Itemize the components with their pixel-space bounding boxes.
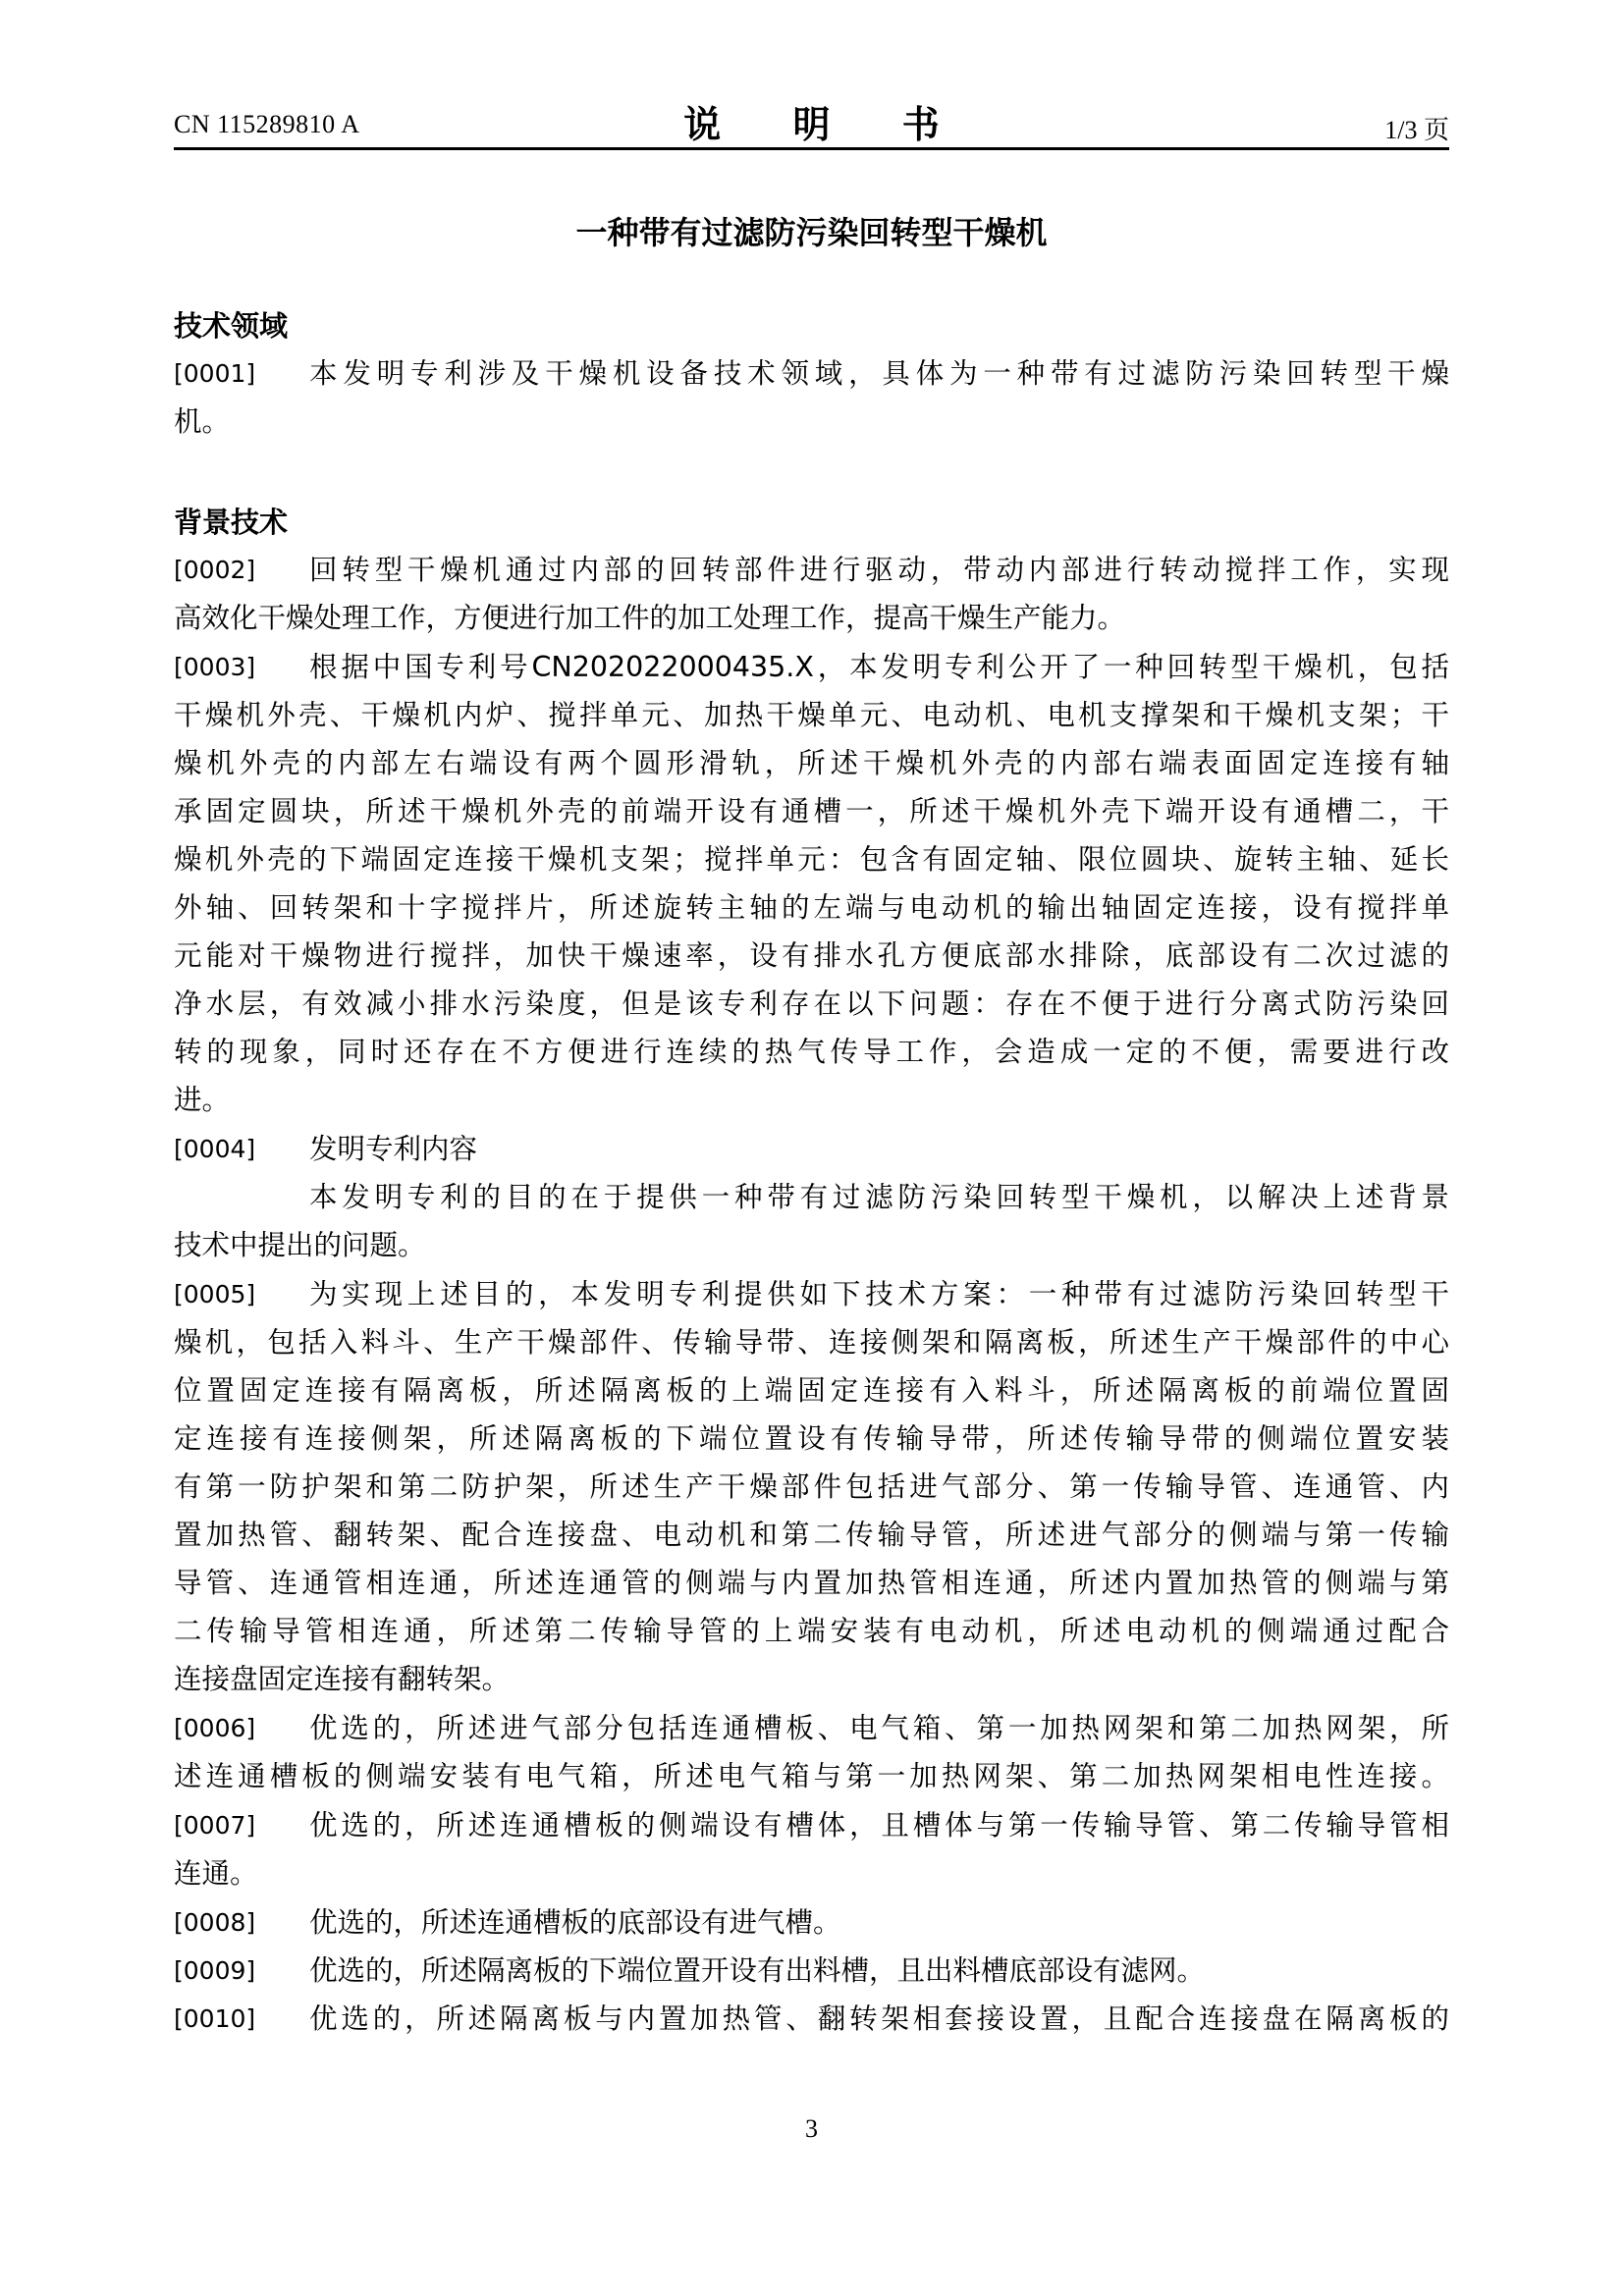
paragraph-line: 元能对干燥物进行搅拌，加快干燥速率，设有排水孔方便底部水排除，底部设有二次过滤的	[174, 936, 1449, 976]
paragraph-number: [0001]	[174, 354, 255, 394]
paragraph-line: 置加热管、翻转架、配合连接盘、电动机和第二传输导管，所述进气部分的侧端与第一传输	[174, 1516, 1449, 1555]
paragraph-line: 连接盘固定连接有翻转架。	[174, 1660, 1449, 1699]
paragraph-text: 根据中国专利号CN202022000435.X，本发明专利公开了一种回转型干燥机…	[309, 648, 1449, 687]
paragraph-text: 净水层，有效减小排水污染度，但是该专利存在以下问题：存在不便于进行分离式防污染回	[174, 985, 1449, 1024]
paragraph-line: [0007] 优选的，所述连通槽板的侧端设有槽体，且槽体与第一传输导管、第二传输…	[174, 1806, 1449, 1845]
paragraph-text: 优选的，所述进气部分包括连通槽板、电气箱、第一加热网架和第二加热网架，所	[309, 1709, 1449, 1748]
paragraph-line: 位置固定连接有隔离板，所述隔离板的上端固定连接有入料斗，所述隔离板的前端位置固	[174, 1371, 1449, 1411]
paragraph-text: 技术中提出的问题。	[174, 1226, 1449, 1265]
paragraph-number: [0005]	[174, 1275, 255, 1314]
paragraph-line: [0010] 优选的，所述隔离板与内置加热管、翻转架相套接设置，且配合连接盘在隔…	[174, 2000, 1449, 2039]
paragraph-line: 燥机外壳的内部左右端设有两个圆形滑轨，所述干燥机外壳的内部右端表面固定连接有轴	[174, 744, 1449, 783]
paragraph-line: [0002] 回转型干燥机通过内部的回转部件进行驱动，带动内部进行转动搅拌工作，…	[174, 551, 1449, 590]
paragraph-heading-text: 发明专利内容	[309, 1130, 1449, 1169]
paragraph-text: 本发明专利涉及干燥机设备技术领域，具体为一种带有过滤防污染回转型干燥	[309, 354, 1449, 394]
paragraph-line: 干燥机外壳、干燥机内炉、搅拌单元、加热干燥单元、电动机、电机支撑架和干燥机支架；…	[174, 696, 1449, 735]
paragraph-text: 二传输导管相连通，所述第二传输导管的上端安装有电动机，所述电动机的侧端通过配合	[174, 1612, 1449, 1651]
paragraph-text: 燥机外壳的下端固定连接干燥机支架；搅拌单元：包含有固定轴、限位圆块、旋转主轴、延…	[174, 840, 1449, 880]
paragraph-line: [0006] 优选的，所述进气部分包括连通槽板、电气箱、第一加热网架和第二加热网…	[174, 1709, 1449, 1748]
paragraph-line: 述连通槽板的侧端安装有电气箱，所述电气箱与第一加热网架、第二加热网架相电性连接。	[174, 1757, 1449, 1796]
paragraph-text: 定连接有连接侧架，所述隔离板的下端位置设有传输导带，所述传输导带的侧端位置安装	[174, 1419, 1449, 1459]
document-title: 一种带有过滤防污染回转型干燥机	[0, 208, 1623, 253]
paragraph-text: 进。	[174, 1081, 1449, 1120]
paragraph-line: 燥机，包括入料斗、生产干燥部件、传输导带、连接侧架和隔离板，所述生产干燥部件的中…	[174, 1323, 1449, 1362]
paragraph-text: 燥机，包括入料斗、生产干燥部件、传输导带、连接侧架和隔离板，所述生产干燥部件的中…	[174, 1323, 1449, 1362]
paragraph-text: 元能对干燥物进行搅拌，加快干燥速率，设有排水孔方便底部水排除，底部设有二次过滤的	[174, 936, 1449, 976]
paragraph-line: [0008] 优选的，所述连通槽板的底部设有进气槽。	[174, 1903, 1449, 1943]
paragraph-text: 干燥机外壳、干燥机内炉、搅拌单元、加热干燥单元、电动机、电机支撑架和干燥机支架；…	[174, 696, 1449, 735]
paragraph-text: 机。	[174, 402, 1449, 442]
paragraph-text: 优选的，所述连通槽板的侧端设有槽体，且槽体与第一传输导管、第二传输导管相	[309, 1806, 1449, 1845]
paragraph-text: 燥机外壳的内部左右端设有两个圆形滑轨，所述干燥机外壳的内部右端表面固定连接有轴	[174, 744, 1449, 783]
paragraph-line: 承固定圆块，所述干燥机外壳的前端开设有通槽一，所述干燥机外壳下端开设有通槽二，干	[174, 792, 1449, 831]
paragraph-line: 燥机外壳的下端固定连接干燥机支架；搅拌单元：包含有固定轴、限位圆块、旋转主轴、延…	[174, 840, 1449, 880]
paragraph-text: 外轴、回转架和十字搅拌片，所述旋转主轴的左端与电动机的输出轴固定连接，设有搅拌单	[174, 888, 1449, 928]
paragraph-line: 有第一防护架和第二防护架，所述生产干燥部件包括进气部分、第一传输导管、连通管、内	[174, 1468, 1449, 1507]
paragraph-line: [0009] 优选的，所述隔离板的下端位置开设有出料槽，且出料槽底部设有滤网。	[174, 1951, 1449, 1991]
paragraph-text: 置加热管、翻转架、配合连接盘、电动机和第二传输导管，所述进气部分的侧端与第一传输	[174, 1516, 1449, 1555]
paragraph-line: [0004] 发明专利内容	[174, 1130, 1449, 1169]
paragraph-text: 本发明专利的目的在于提供一种带有过滤防污染回转型干燥机，以解决上述背景	[309, 1178, 1449, 1217]
paragraph-line: 定连接有连接侧架，所述隔离板的下端位置设有传输导带，所述传输导带的侧端位置安装	[174, 1419, 1449, 1459]
header-rule	[174, 147, 1449, 150]
paragraph-text: 连接盘固定连接有翻转架。	[174, 1660, 1449, 1699]
paragraph-line: [0001] 本发明专利涉及干燥机设备技术领域，具体为一种带有过滤防污染回转型干…	[174, 354, 1449, 394]
paragraph-line: [0003] 根据中国专利号CN202022000435.X，本发明专利公开了一…	[174, 648, 1449, 687]
paragraph-text: 优选的，所述隔离板与内置加热管、翻转架相套接设置，且配合连接盘在隔离板的	[309, 2000, 1449, 2039]
paragraph-text: 有第一防护架和第二防护架，所述生产干燥部件包括进气部分、第一传输导管、连通管、内	[174, 1468, 1449, 1507]
paragraph-line: 外轴、回转架和十字搅拌片，所述旋转主轴的左端与电动机的输出轴固定连接，设有搅拌单	[174, 888, 1449, 928]
paragraph-number: [0003]	[174, 648, 255, 687]
paragraph-text: 连通。	[174, 1854, 1449, 1894]
section-heading-background-art: 背景技术	[174, 501, 288, 541]
paragraph-number: [0004]	[174, 1130, 255, 1169]
paragraph-text: 位置固定连接有隔离板，所述隔离板的上端固定连接有入料斗，所述隔离板的前端位置固	[174, 1371, 1449, 1411]
paragraph-text: 为实现上述目的，本发明专利提供如下技术方案：一种带有过滤防污染回转型干	[309, 1275, 1449, 1314]
paragraph-number: [0009]	[174, 1951, 255, 1991]
section-heading-technical-field: 技术领域	[174, 304, 288, 345]
paragraph-number: [0007]	[174, 1806, 255, 1845]
paragraph-line: 二传输导管相连通，所述第二传输导管的上端安装有电动机，所述电动机的侧端通过配合	[174, 1612, 1449, 1651]
paragraph-text: 回转型干燥机通过内部的回转部件进行驱动，带动内部进行转动搅拌工作，实现	[309, 551, 1449, 590]
paragraph-number: [0006]	[174, 1709, 255, 1748]
paragraph-text: 转的现象，同时还存在不方便进行连续的热气传导工作，会造成一定的不便，需要进行改	[174, 1033, 1449, 1072]
paragraph-number: [0010]	[174, 2000, 255, 2039]
header-page-indicator: 1/3 页	[1384, 110, 1449, 146]
paragraph-number: [0002]	[174, 551, 255, 590]
paragraph-text: 高效化干燥处理工作，方便进行加工件的加工处理工作，提高干燥生产能力。	[174, 599, 1449, 638]
paragraph-line: 导管、连通管相连通，所述连通管的侧端与内置加热管相连通，所述内置加热管的侧端与第	[174, 1564, 1449, 1603]
paragraph-text: 述连通槽板的侧端安装有电气箱，所述电气箱与第一加热网架、第二加热网架相电性连接。	[174, 1757, 1449, 1796]
paragraph-text: 优选的，所述连通槽板的底部设有进气槽。	[309, 1903, 1449, 1943]
paragraph-line: 本发明专利的目的在于提供一种带有过滤防污染回转型干燥机，以解决上述背景	[174, 1178, 1449, 1217]
paragraph-text: 承固定圆块，所述干燥机外壳的前端开设有通槽一，所述干燥机外壳下端开设有通槽二，干	[174, 792, 1449, 831]
paragraph-line: 连通。	[174, 1854, 1449, 1894]
page-number: 3	[0, 2114, 1623, 2144]
paragraph-text: 优选的，所述隔离板的下端位置开设有出料槽，且出料槽底部设有滤网。	[309, 1951, 1449, 1991]
header-document-type: 说 明 书	[0, 94, 1623, 148]
paragraph-line: 净水层，有效减小排水污染度，但是该专利存在以下问题：存在不便于进行分离式防污染回	[174, 985, 1449, 1024]
paragraph-text: 导管、连通管相连通，所述连通管的侧端与内置加热管相连通，所述内置加热管的侧端与第	[174, 1564, 1449, 1603]
paragraph-line: [0005] 为实现上述目的，本发明专利提供如下技术方案：一种带有过滤防污染回转…	[174, 1275, 1449, 1314]
paragraph-line: 高效化干燥处理工作，方便进行加工件的加工处理工作，提高干燥生产能力。	[174, 599, 1449, 638]
paragraph-line: 机。	[174, 402, 1449, 442]
paragraph-number: [0008]	[174, 1903, 255, 1943]
paragraph-line: 转的现象，同时还存在不方便进行连续的热气传导工作，会造成一定的不便，需要进行改	[174, 1033, 1449, 1072]
paragraph-line: 技术中提出的问题。	[174, 1226, 1449, 1265]
paragraph-line: 进。	[174, 1081, 1449, 1120]
